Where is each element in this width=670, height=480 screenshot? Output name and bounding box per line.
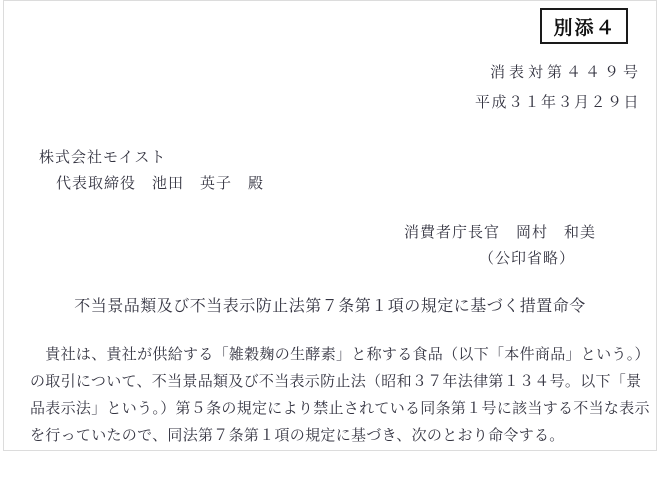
body-line: を行っていたので、同法第７条第１項の規定に基づき、次のとおり命令する。 — [30, 423, 645, 450]
recipient-company-name: 株式会社モイスト — [39, 146, 166, 167]
official-seal-omitted-note: （公印省略） — [479, 247, 575, 268]
document-title: 不当景品類及び不当表示防止法第７条第１項の規定に基づく措置命令 — [4, 293, 656, 316]
attachment-label: 別添４ — [551, 13, 616, 40]
body-line: の取引について、不当景品類及び不当表示防止法（昭和３７年法律第１３４号。以下「景 — [30, 369, 645, 396]
sender-name: 消費者庁長官 岡村 和美 — [404, 221, 596, 242]
screenshot-canvas: 別添４ 消表対第４４９号 平成３１年３月２９日 株式会社モイスト 代表取締役 池… — [0, 0, 670, 480]
document-page: 別添４ 消表対第４４９号 平成３１年３月２９日 株式会社モイスト 代表取締役 池… — [3, 0, 657, 451]
attachment-label-box: 別添４ — [540, 8, 628, 44]
body-line: 貴社は、貴社が供給する「雑穀麹の生酵素」と称する食品（以下「本件商品」という。） — [30, 342, 645, 369]
body-paragraph: 貴社は、貴社が供給する「雑穀麹の生酵素」と称する食品（以下「本件商品」という。）… — [30, 342, 645, 450]
recipient-representative: 代表取締役 池田 英子 殿 — [56, 172, 264, 193]
document-date: 平成３１年３月２９日 — [475, 91, 640, 112]
body-line: 品表示法」という。）第５条の規定により禁止されている同条第１号に該当する不当な表… — [30, 396, 645, 423]
document-number: 消表対第４４９号 — [490, 61, 642, 82]
